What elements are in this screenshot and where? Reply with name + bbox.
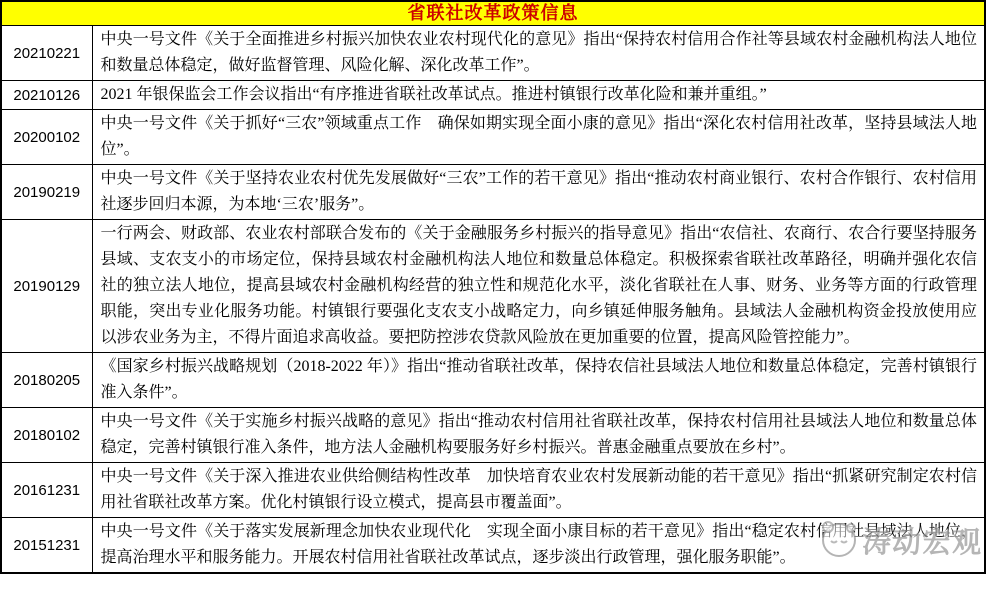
table-row: 20190129 一行两会、财政部、农业农村部联合发布的《关于金融服务乡村振兴的… — [1, 220, 985, 353]
policy-text-cell: 中央一号文件《关于坚持农业农村优先发展做好“三农”工作的若干意见》指出“推动农村… — [92, 165, 985, 220]
table-row: 20210126 2021 年银保监会工作会议指出“有序推进省联社改革试点。推进… — [1, 81, 985, 110]
table-row: 20180102 中央一号文件《关于实施乡村振兴战略的意见》指出“推动农村信用社… — [1, 408, 985, 463]
policy-text-cell: 一行两会、财政部、农业农村部联合发布的《关于金融服务乡村振兴的指导意见》指出“农… — [92, 220, 985, 353]
date-cell: 20190129 — [1, 220, 92, 353]
policy-text-cell: 中央一号文件《关于抓好“三农”领域重点工作 确保如期实现全面小康的意见》指出“深… — [92, 110, 985, 165]
policy-table: 省联社改革政策信息 20210221 中央一号文件《关于全面推进乡村振兴加快农业… — [0, 0, 986, 574]
date-cell: 20180102 — [1, 408, 92, 463]
date-cell: 20210126 — [1, 81, 92, 110]
table-row: 20180205 《国家乡村振兴战略规划（2018-2022 年）》指出“推动省… — [1, 353, 985, 408]
policy-text-cell: 中央一号文件《关于深入推进农业供给侧结构性改革 加快培育农业农村发展新动能的若干… — [92, 463, 985, 518]
policy-text-cell: 2021 年银保监会工作会议指出“有序推进省联社改革试点。推进村镇银行改革化险和… — [92, 81, 985, 110]
policy-text-cell: 中央一号文件《关于落实发展新理念加快农业现代化 实现全面小康目标的若干意见》指出… — [92, 518, 985, 574]
policy-text-cell: 《国家乡村振兴战略规划（2018-2022 年）》指出“推动省联社改革，保持农信… — [92, 353, 985, 408]
date-cell: 20190219 — [1, 165, 92, 220]
header-row: 省联社改革政策信息 — [1, 1, 985, 26]
date-cell: 20180205 — [1, 353, 92, 408]
policy-text-cell: 中央一号文件《关于实施乡村振兴战略的意见》指出“推动农村信用社省联社改革，保持农… — [92, 408, 985, 463]
date-cell: 20210221 — [1, 26, 92, 81]
table-row: 20190219 中央一号文件《关于坚持农业农村优先发展做好“三农”工作的若干意… — [1, 165, 985, 220]
policy-text-cell: 中央一号文件《关于全面推进乡村振兴加快农业农村现代化的意见》指出“保持农村信用合… — [92, 26, 985, 81]
date-cell: 20161231 — [1, 463, 92, 518]
table-title: 省联社改革政策信息 — [1, 1, 985, 26]
table-row: 20210221 中央一号文件《关于全面推进乡村振兴加快农业农村现代化的意见》指… — [1, 26, 985, 81]
date-cell: 20200102 — [1, 110, 92, 165]
screenshot-root: 省联社改革政策信息 20210221 中央一号文件《关于全面推进乡村振兴加快农业… — [0, 0, 986, 589]
table-row: 20161231 中央一号文件《关于深入推进农业供给侧结构性改革 加快培育农业农… — [1, 463, 985, 518]
table-row: 20200102 中央一号文件《关于抓好“三农”领域重点工作 确保如期实现全面小… — [1, 110, 985, 165]
date-cell: 20151231 — [1, 518, 92, 574]
table-row: 20151231 中央一号文件《关于落实发展新理念加快农业现代化 实现全面小康目… — [1, 518, 985, 574]
